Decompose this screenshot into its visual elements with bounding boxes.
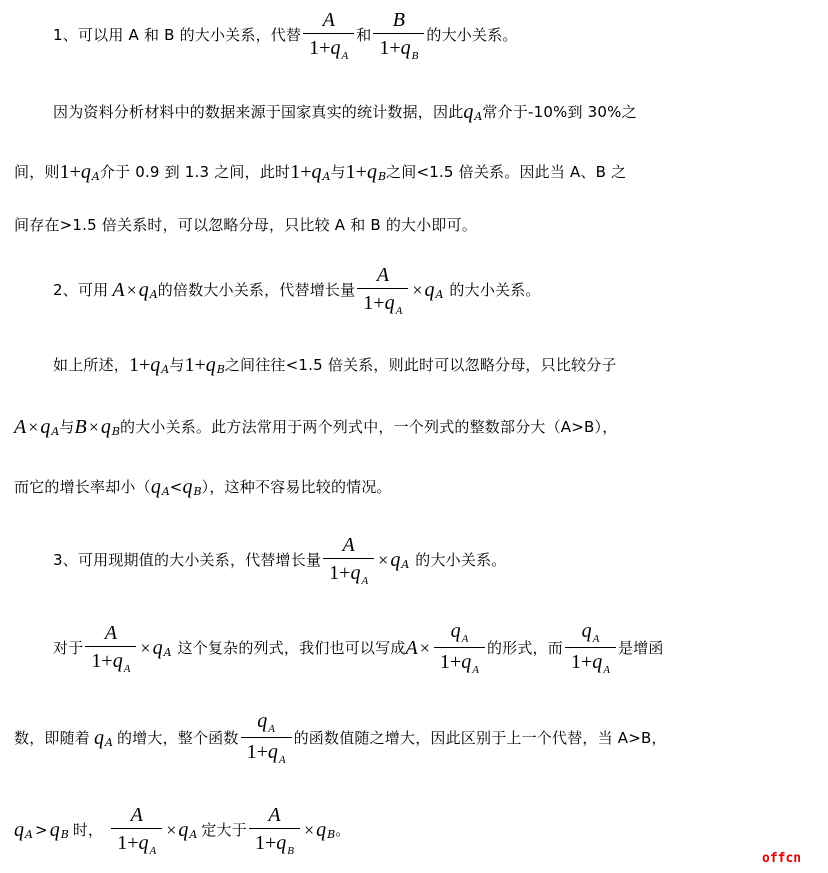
section-1-para-line-2: 间，则 1+qA 介于 0.9 到 1.3 之间，此时 1+qA 与 1+qB … xyxy=(14,162,626,182)
section-2-heading: 2、可用 A×qA 的倍数大小关系，代替增长量 A 1+qA ×qA 的大小关系… xyxy=(53,280,541,300)
section-3-para-line-1: 对于 A 1+qA ×qA 这个复杂的列式，我们也可以写成 A× qA 1+qA… xyxy=(53,638,664,658)
section-3-heading: 3、可用现期值的大小关系，代替增长量 A 1+qA ×qA 的大小关系。 xyxy=(53,550,506,570)
math-q: q xyxy=(463,102,473,122)
section-3-para-line-2: 数，即随着 qA 的增大，整个函数 qA 1+qA 的函数值随之增大，因此区别于… xyxy=(14,728,667,748)
section-1-para-line-3: 间存在>1.5 倍关系时，可以忽略分母，只比较 A 和 B 的大小即可。 xyxy=(14,215,477,235)
fraction-a-over-1-plus-qa: A 1+qA xyxy=(323,534,374,587)
section-1-heading-prefix: 1、可以用 A 和 B 的大小关系，代替 xyxy=(53,25,301,45)
fraction-a-over-1-plus-qa: A 1+qA xyxy=(111,804,162,857)
fraction-qa-over-1-plus-qa: qA 1+qA xyxy=(434,620,485,676)
section-1-para-line-1: 因为资料分析材料中的数据来源于国家真实的统计数据，因此 qA 常介于-10%到 … xyxy=(53,102,637,122)
fraction-a-over-1-plus-qa: A 1+qA xyxy=(303,9,354,62)
section-2-para-line-1: 如上所述， 1+qA 与 1+qB 之间往往<1.5 倍关系，则此时可以忽略分母… xyxy=(53,355,617,375)
fraction-a-over-1-plus-qb: A 1+qB xyxy=(249,804,300,857)
section-3-para-line-3: qA > qB 时， A 1+qA ×qA 定大于 A 1+qB ×qB 。 xyxy=(14,820,350,840)
fraction-b-over-1-plus-qb: B 1+qB xyxy=(373,9,424,62)
fraction-qa-over-1-plus-qa: qA 1+qA xyxy=(565,620,616,676)
section-2-para-line-3: 而它的增长率却小（ qA < qB ），这种不容易比较的情况。 xyxy=(14,477,392,497)
fraction-qa-over-1-plus-qa: qA 1+qA xyxy=(241,710,292,766)
section-1-heading-suffix: 的大小关系。 xyxy=(426,25,517,45)
section-2-para-line-2: A×qA 与 B×qB 的大小关系。此方法常用于两个列式中，一个列式的整数部分大… xyxy=(14,417,617,437)
fraction-a-over-1-plus-qa: A 1+qA xyxy=(85,622,136,675)
section-1-heading: 1、可以用 A 和 B 的大小关系，代替 A 1+qA 和 B 1+qB 的大小… xyxy=(53,25,518,45)
fraction-a-over-1-plus-qa: A 1+qA xyxy=(357,264,408,317)
offcn-watermark: offcn xyxy=(762,851,801,866)
connector-text: 和 xyxy=(356,25,371,45)
